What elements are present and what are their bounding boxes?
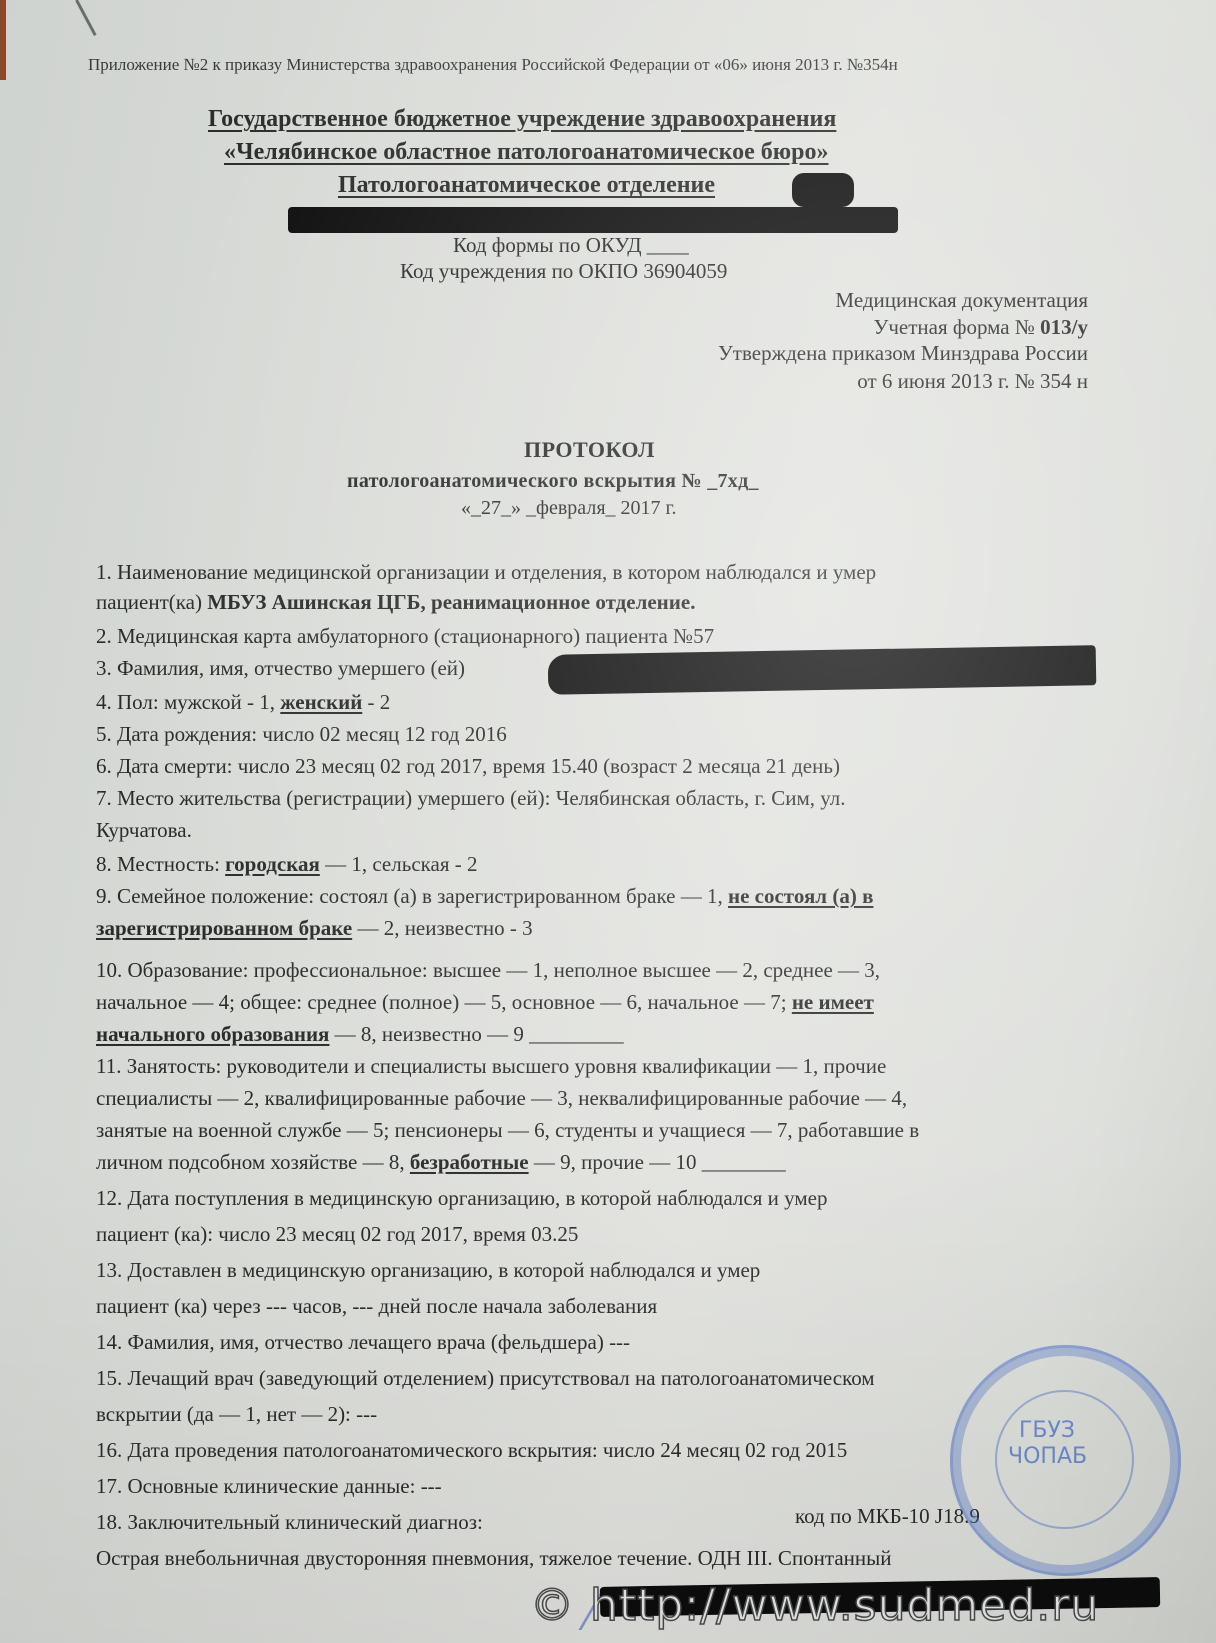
redaction-patient-name xyxy=(548,645,1097,695)
item-10-suffix: — 8, неизвестно — 9 _________ xyxy=(329,1022,623,1046)
org-line-3: Патологоанатомическое отделение xyxy=(338,172,715,199)
item-6: 6. Дата смерти: число 23 месяц 02 год 20… xyxy=(96,754,840,779)
item-11-selected: безработные xyxy=(410,1150,529,1174)
item-10-label: начальное — 4; общее: среднее (полное) —… xyxy=(96,990,792,1014)
item-13-line-a: 13. Доставлен в медицинскую организацию,… xyxy=(96,1258,760,1283)
page-title: ПРОТОКОЛ xyxy=(524,437,655,463)
desk-edge xyxy=(0,0,6,80)
item-18-icd-code: код по МКБ-10 J18.9 xyxy=(795,1504,980,1529)
item-9-label: 9. Семейное положение: состоял (а) в зар… xyxy=(96,884,728,908)
item-18-diagnosis: Острая внебольничная двусторонняя пневмо… xyxy=(96,1546,892,1571)
item-9-line-a: 9. Семейное положение: состоял (а) в зар… xyxy=(96,884,873,909)
item-10-line-c: начального образования — 8, неизвестно —… xyxy=(96,1022,624,1047)
item-11-line-c: занятые на военной службе — 5; пенсионер… xyxy=(96,1118,919,1143)
form-info-line-2: Учетная форма № 013/у xyxy=(873,315,1088,340)
item-4-label: 4. Пол: мужской - 1, xyxy=(96,690,280,714)
stamp-text-line-2: ЧОПАБ xyxy=(1008,1444,1087,1469)
item-7-line-b: Курчатова. xyxy=(96,818,192,843)
item-13-line-b: пациент (ка) через --- часов, --- дней п… xyxy=(96,1294,657,1319)
item-1-value: МБУЗ Ашинская ЦГБ, реанимационное отделе… xyxy=(207,590,695,614)
item-1-label: пациент(ка) xyxy=(96,590,207,614)
item-11-line-d: личном подсобном хозяйстве — 8, безработ… xyxy=(96,1150,786,1175)
okud-code: Код формы по ОКУД ____ xyxy=(453,233,689,258)
item-12-line-a: 12. Дата поступления в медицинскую орган… xyxy=(96,1186,827,1211)
item-11-line-a: 11. Занятость: руководители и специалист… xyxy=(96,1054,886,1079)
item-16: 16. Дата проведения патологоанатомическо… xyxy=(96,1438,847,1463)
item-8: 8. Местность: городская — 1, сельская - … xyxy=(96,852,478,877)
item-10-line-a: 10. Образование: профессиональное: высше… xyxy=(96,958,880,983)
item-1-line-b: пациент(ка) МБУЗ Ашинская ЦГБ, реанимаци… xyxy=(96,590,695,615)
item-14: 14. Фамилия, имя, отчество лечащего врач… xyxy=(96,1330,630,1355)
item-8-selected: городская xyxy=(225,852,320,876)
item-4-selected: женский xyxy=(280,690,362,714)
item-9-suffix: — 2, неизвестно - 3 xyxy=(352,916,532,940)
item-18-label: 18. Заключительный клинический диагноз: xyxy=(96,1510,483,1535)
item-4-suffix: - 2 xyxy=(362,690,390,714)
stamp-text-line-1: ГБУЗ xyxy=(1019,1418,1075,1443)
okpo-code: Код учреждения по ОКПО 36904059 xyxy=(400,259,727,284)
item-4: 4. Пол: мужской - 1, женский - 2 xyxy=(96,690,390,715)
redaction-address xyxy=(288,207,898,233)
staple-pin xyxy=(75,0,96,36)
item-10-line-b: начальное — 4; общее: среднее (полное) —… xyxy=(96,990,874,1015)
item-7-line-a: 7. Место жительства (регистрации) умерше… xyxy=(96,786,846,811)
protocol-subtitle: патологоанатомического вскрытия № _7хд_ xyxy=(347,470,759,493)
item-11-line-b: специалисты — 2, квалифицированные рабоч… xyxy=(96,1086,907,1111)
item-3: 3. Фамилия, имя, отчество умершего (ей) xyxy=(96,656,465,681)
item-10-selected-b: начального образования xyxy=(96,1022,329,1046)
item-8-label: 8. Местность: xyxy=(96,852,225,876)
item-12-line-b: пациент (ка): число 23 месяц 02 год 2017… xyxy=(96,1222,578,1247)
redaction-dept-number xyxy=(792,173,854,207)
item-9-line-b: зарегистрированном браке — 2, неизвестно… xyxy=(96,916,533,941)
form-number-label: Учетная форма № xyxy=(873,315,1040,339)
item-10-selected-a: не имеет xyxy=(792,990,874,1014)
form-number: 013/у xyxy=(1040,315,1088,339)
org-line-2: «Челябинское областное патологоанатомиче… xyxy=(224,139,829,166)
item-17: 17. Основные клинические данные: --- xyxy=(96,1474,442,1499)
item-2: 2. Медицинская карта амбулаторного (стац… xyxy=(96,624,714,649)
item-11-suffix: — 9, прочие — 10 ________ xyxy=(529,1150,786,1174)
form-info-line-4: от 6 июня 2013 г. № 354 н xyxy=(857,369,1088,394)
form-info-line-3: Утверждена приказом Минздрава России xyxy=(718,341,1088,366)
official-stamp: ГБУЗ ЧОПАБ xyxy=(950,1345,1181,1576)
item-1-line-a: 1. Наименование медицинской организации … xyxy=(96,560,876,585)
appendix-note: Приложение №2 к приказу Министерства здр… xyxy=(88,55,898,75)
item-15-line-a: 15. Лечащий врач (заведующий отделением)… xyxy=(96,1366,875,1391)
watermark: © http://www.sudmed.ru xyxy=(530,1580,1099,1631)
protocol-date: «_27_» _февраля_ 2017 г. xyxy=(461,497,676,520)
item-8-suffix: — 1, сельская - 2 xyxy=(320,852,478,876)
item-11-label: личном подсобном хозяйстве — 8, xyxy=(96,1150,410,1174)
document-page: Приложение №2 к приказу Министерства здр… xyxy=(0,0,1216,1643)
item-9-selected-b: зарегистрированном браке xyxy=(96,916,352,940)
form-info-line-1: Медицинская документация xyxy=(835,288,1088,313)
item-15-line-b: вскрытии (да — 1, нет — 2): --- xyxy=(96,1402,377,1427)
item-5: 5. Дата рождения: число 02 месяц 12 год … xyxy=(96,722,507,747)
item-9-selected-a: не состоял (а) в xyxy=(728,884,873,908)
org-line-1: Государственное бюджетное учреждение здр… xyxy=(208,106,836,133)
